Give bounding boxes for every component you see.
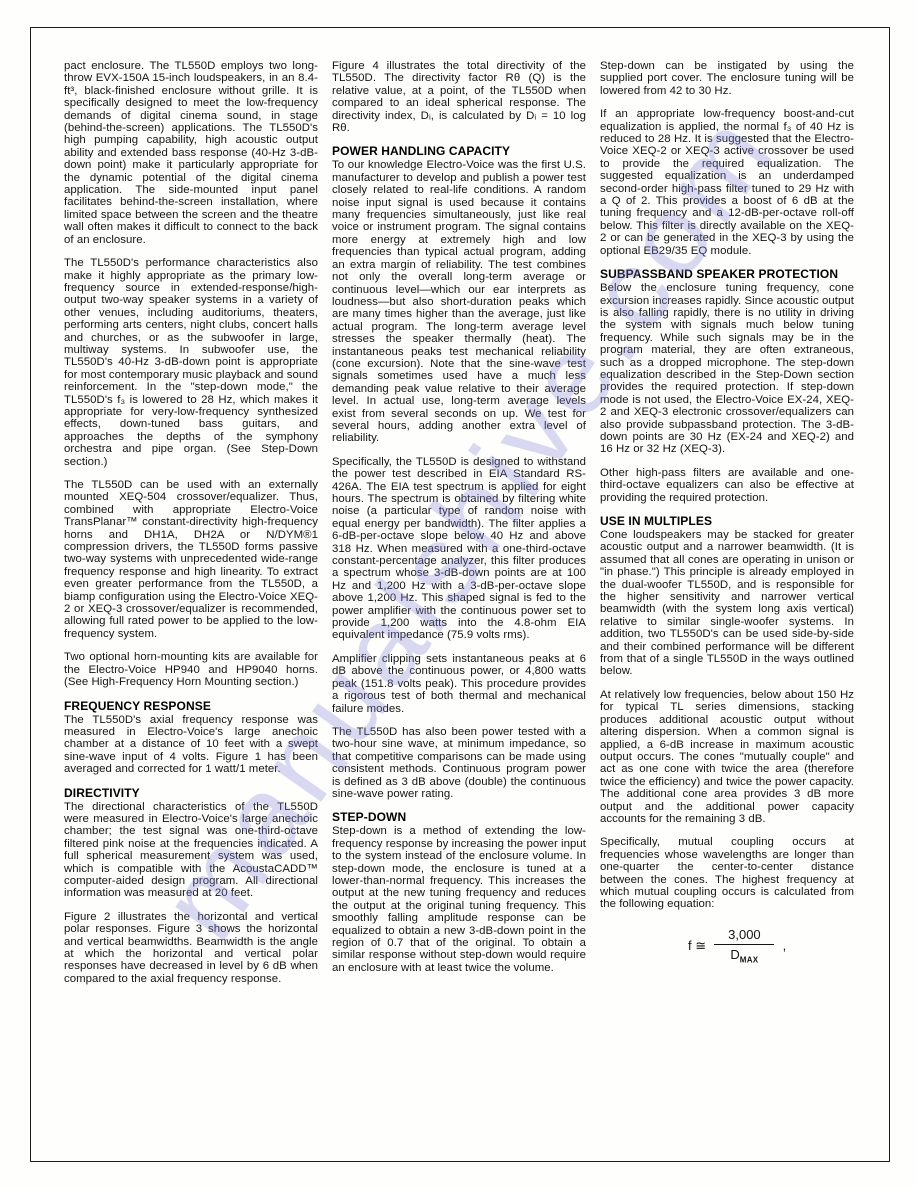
paragraph: The TL550D can be used with an externall… bbox=[64, 479, 318, 640]
paragraph: Step-down can be instigated by using the… bbox=[600, 60, 854, 97]
equation-fraction: 3,000DMAX bbox=[712, 927, 777, 965]
equation-lhs: f ≅ bbox=[688, 938, 706, 954]
paragraph: To our knowledge Electro-Voice was the f… bbox=[332, 159, 586, 444]
section-heading: POWER HANDLING CAPACITY bbox=[332, 145, 586, 158]
paragraph: The TL550D's performance characteristics… bbox=[64, 257, 318, 468]
paragraph: Specifically, the TL550D is designed to … bbox=[332, 456, 586, 642]
paragraph: Below the enclosure tuning frequency, co… bbox=[600, 282, 854, 456]
equation-numerator: 3,000 bbox=[712, 927, 777, 944]
equation-denominator: DMAX bbox=[714, 944, 774, 965]
paragraph: Cone loudspeakers may be stacked for gre… bbox=[600, 529, 854, 678]
paragraph: The TL550D's axial frequency response wa… bbox=[64, 714, 318, 776]
section-heading: USE IN MULTIPLES bbox=[600, 515, 854, 528]
section-heading: SUBPASSBAND SPEAKER PROTECTION bbox=[600, 268, 854, 281]
paragraph: pact enclosure. The TL550D employs two l… bbox=[64, 60, 318, 246]
section-heading: FREQUENCY RESPONSE bbox=[64, 700, 318, 713]
column-left: pact enclosure. The TL550D employs two l… bbox=[64, 60, 318, 996]
column-right: Step-down can be instigated by using the… bbox=[600, 60, 854, 996]
paragraph: Other high-pass filters are available an… bbox=[600, 467, 854, 504]
document-page: manualshive.com pact enclosure. The TL55… bbox=[0, 0, 918, 1188]
equation-denominator-subscript: MAX bbox=[740, 955, 759, 964]
paragraph: Specifically, mutual coupling occurs at … bbox=[600, 836, 854, 910]
paragraph: If an appropriate low-frequency boost-an… bbox=[600, 108, 854, 257]
paragraph: Amplifier clipping sets instantaneous pe… bbox=[332, 653, 586, 715]
paragraph: Step-down is a method of extending the l… bbox=[332, 825, 586, 974]
section-heading: DIRECTIVITY bbox=[64, 787, 318, 800]
paragraph: At relatively low frequencies, below abo… bbox=[600, 689, 854, 825]
paragraph: The TL550D has also been power tested wi… bbox=[332, 726, 586, 800]
equation: f ≅3,000DMAX, bbox=[688, 927, 854, 965]
paragraph: Two optional horn-mounting kits are avai… bbox=[64, 651, 318, 688]
paragraph: Figure 4 illustrates the total directivi… bbox=[332, 60, 586, 134]
paragraph: The directional characteristics of the T… bbox=[64, 801, 318, 900]
equation-suffix: , bbox=[783, 938, 787, 953]
paragraph: Figure 2 illustrates the horizontal and … bbox=[64, 911, 318, 985]
section-heading: STEP-DOWN bbox=[332, 811, 586, 824]
column-middle: Figure 4 illustrates the total directivi… bbox=[332, 60, 586, 996]
text-columns: pact enclosure. The TL550D employs two l… bbox=[64, 60, 854, 996]
